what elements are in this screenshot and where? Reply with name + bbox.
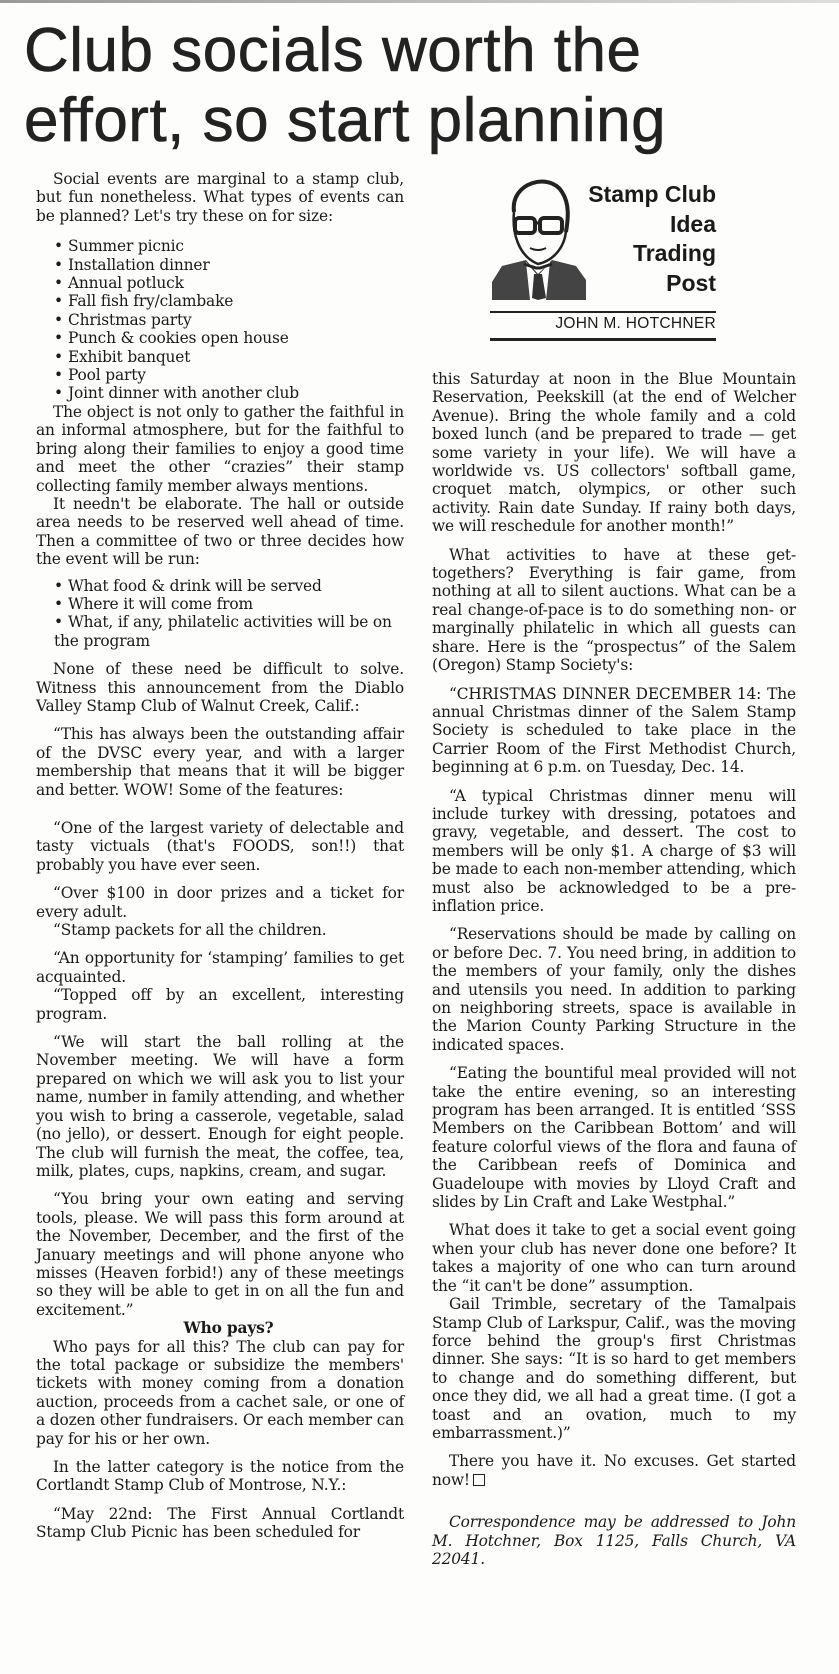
column-title: Stamp Club Idea Trading Post [588, 180, 716, 298]
list-item: Christmas party [54, 311, 404, 329]
author-byline: JOHN M. HOTCHNER [490, 315, 716, 333]
column-logo: Stamp Club Idea Trading Post JOHN M. HOT… [490, 172, 716, 320]
paragraph: It needn't be elaborate. The hall or out… [36, 495, 404, 569]
right-column: this Saturday at noon in the Blue Mounta… [432, 370, 796, 1568]
list-item: Joint dinner with another club [54, 384, 404, 402]
paragraph: “One of the largest variety of delectabl… [36, 819, 404, 874]
page-top-edge [0, 0, 839, 3]
list-item: What, if any, philatelic activities will… [54, 613, 404, 650]
list-item: Pool party [54, 366, 404, 384]
left-column: Social events are marginal to a stamp cl… [36, 170, 404, 1542]
paragraph: “Over $100 in door prizes and a ticket f… [36, 884, 404, 921]
column-title-line: Post [588, 269, 716, 299]
paragraph: “You bring your own eating and serving t… [36, 1190, 404, 1319]
subhead-who-pays: Who pays? [36, 1319, 404, 1337]
paragraph: None of these need be difficult to solve… [36, 660, 404, 715]
list-item: What food & drink will be served [54, 577, 404, 595]
list-item: Fall fish fry/clambake [54, 292, 404, 310]
event-types-list: Summer picnic Installation dinner Annual… [36, 237, 404, 403]
list-item: Annual potluck [54, 274, 404, 292]
paragraph: “A typical Christmas dinner menu will in… [432, 787, 796, 916]
paragraph: this Saturday at noon in the Blue Mounta… [432, 370, 796, 536]
headline-line-2: effort, so start planning [24, 86, 824, 156]
paragraph: Gail Trimble, secretary of the Tamalpais… [432, 1295, 796, 1442]
list-item: Summer picnic [54, 237, 404, 255]
byline-rule-bottom [490, 338, 716, 341]
column-title-line: Trading [588, 239, 716, 269]
list-item: Exhibit banquet [54, 348, 404, 366]
end-of-article-icon [473, 1474, 485, 1486]
paragraph: “May 22nd: The First Annual Cortlandt St… [36, 1505, 404, 1542]
author-portrait-icon [490, 172, 588, 300]
list-item: Installation dinner [54, 256, 404, 274]
headline: Club socials worth the effort, so start … [24, 16, 824, 156]
paragraph: Who pays for all this? The club can pay … [36, 1338, 404, 1448]
byline-rule-top [490, 311, 716, 313]
paragraph: “This has always been the outstanding af… [36, 725, 404, 799]
paragraph: “An opportunity for ‘stamping’ families … [36, 949, 404, 986]
paragraph: The object is not only to gather the fai… [36, 403, 404, 495]
paragraph: “CHRISTMAS DINNER DECEMBER 14: The annua… [432, 685, 796, 777]
closing-text: There you have it. No excuses. Get start… [432, 1452, 796, 1488]
column-title-line: Stamp Club [588, 180, 716, 210]
column-title-line: Idea [588, 210, 716, 240]
committee-list: What food & drink will be served Where i… [36, 577, 404, 651]
paragraph: “Eating the bountiful meal provided will… [432, 1064, 796, 1211]
paragraph: What does it take to get a social event … [432, 1221, 796, 1295]
headline-line-1: Club socials worth the [24, 16, 824, 86]
paragraph: What activities to have at these get-tog… [432, 546, 796, 675]
list-item: Punch & cookies open house [54, 329, 404, 347]
list-item: Where it will come from [54, 595, 404, 613]
intro-paragraph: Social events are marginal to a stamp cl… [36, 170, 404, 225]
closing-paragraph: There you have it. No excuses. Get start… [432, 1452, 796, 1489]
paragraph: “Reservations should be made by calling … [432, 925, 796, 1054]
correspondence-note: Correspondence may be addressed to John … [432, 1513, 796, 1568]
paragraph: “We will start the ball rolling at the N… [36, 1033, 404, 1180]
paragraph: In the latter category is the notice fro… [36, 1458, 404, 1495]
paragraph: “Topped off by an excellent, interesting… [36, 986, 404, 1023]
paragraph: “Stamp packets for all the children. [36, 921, 404, 939]
